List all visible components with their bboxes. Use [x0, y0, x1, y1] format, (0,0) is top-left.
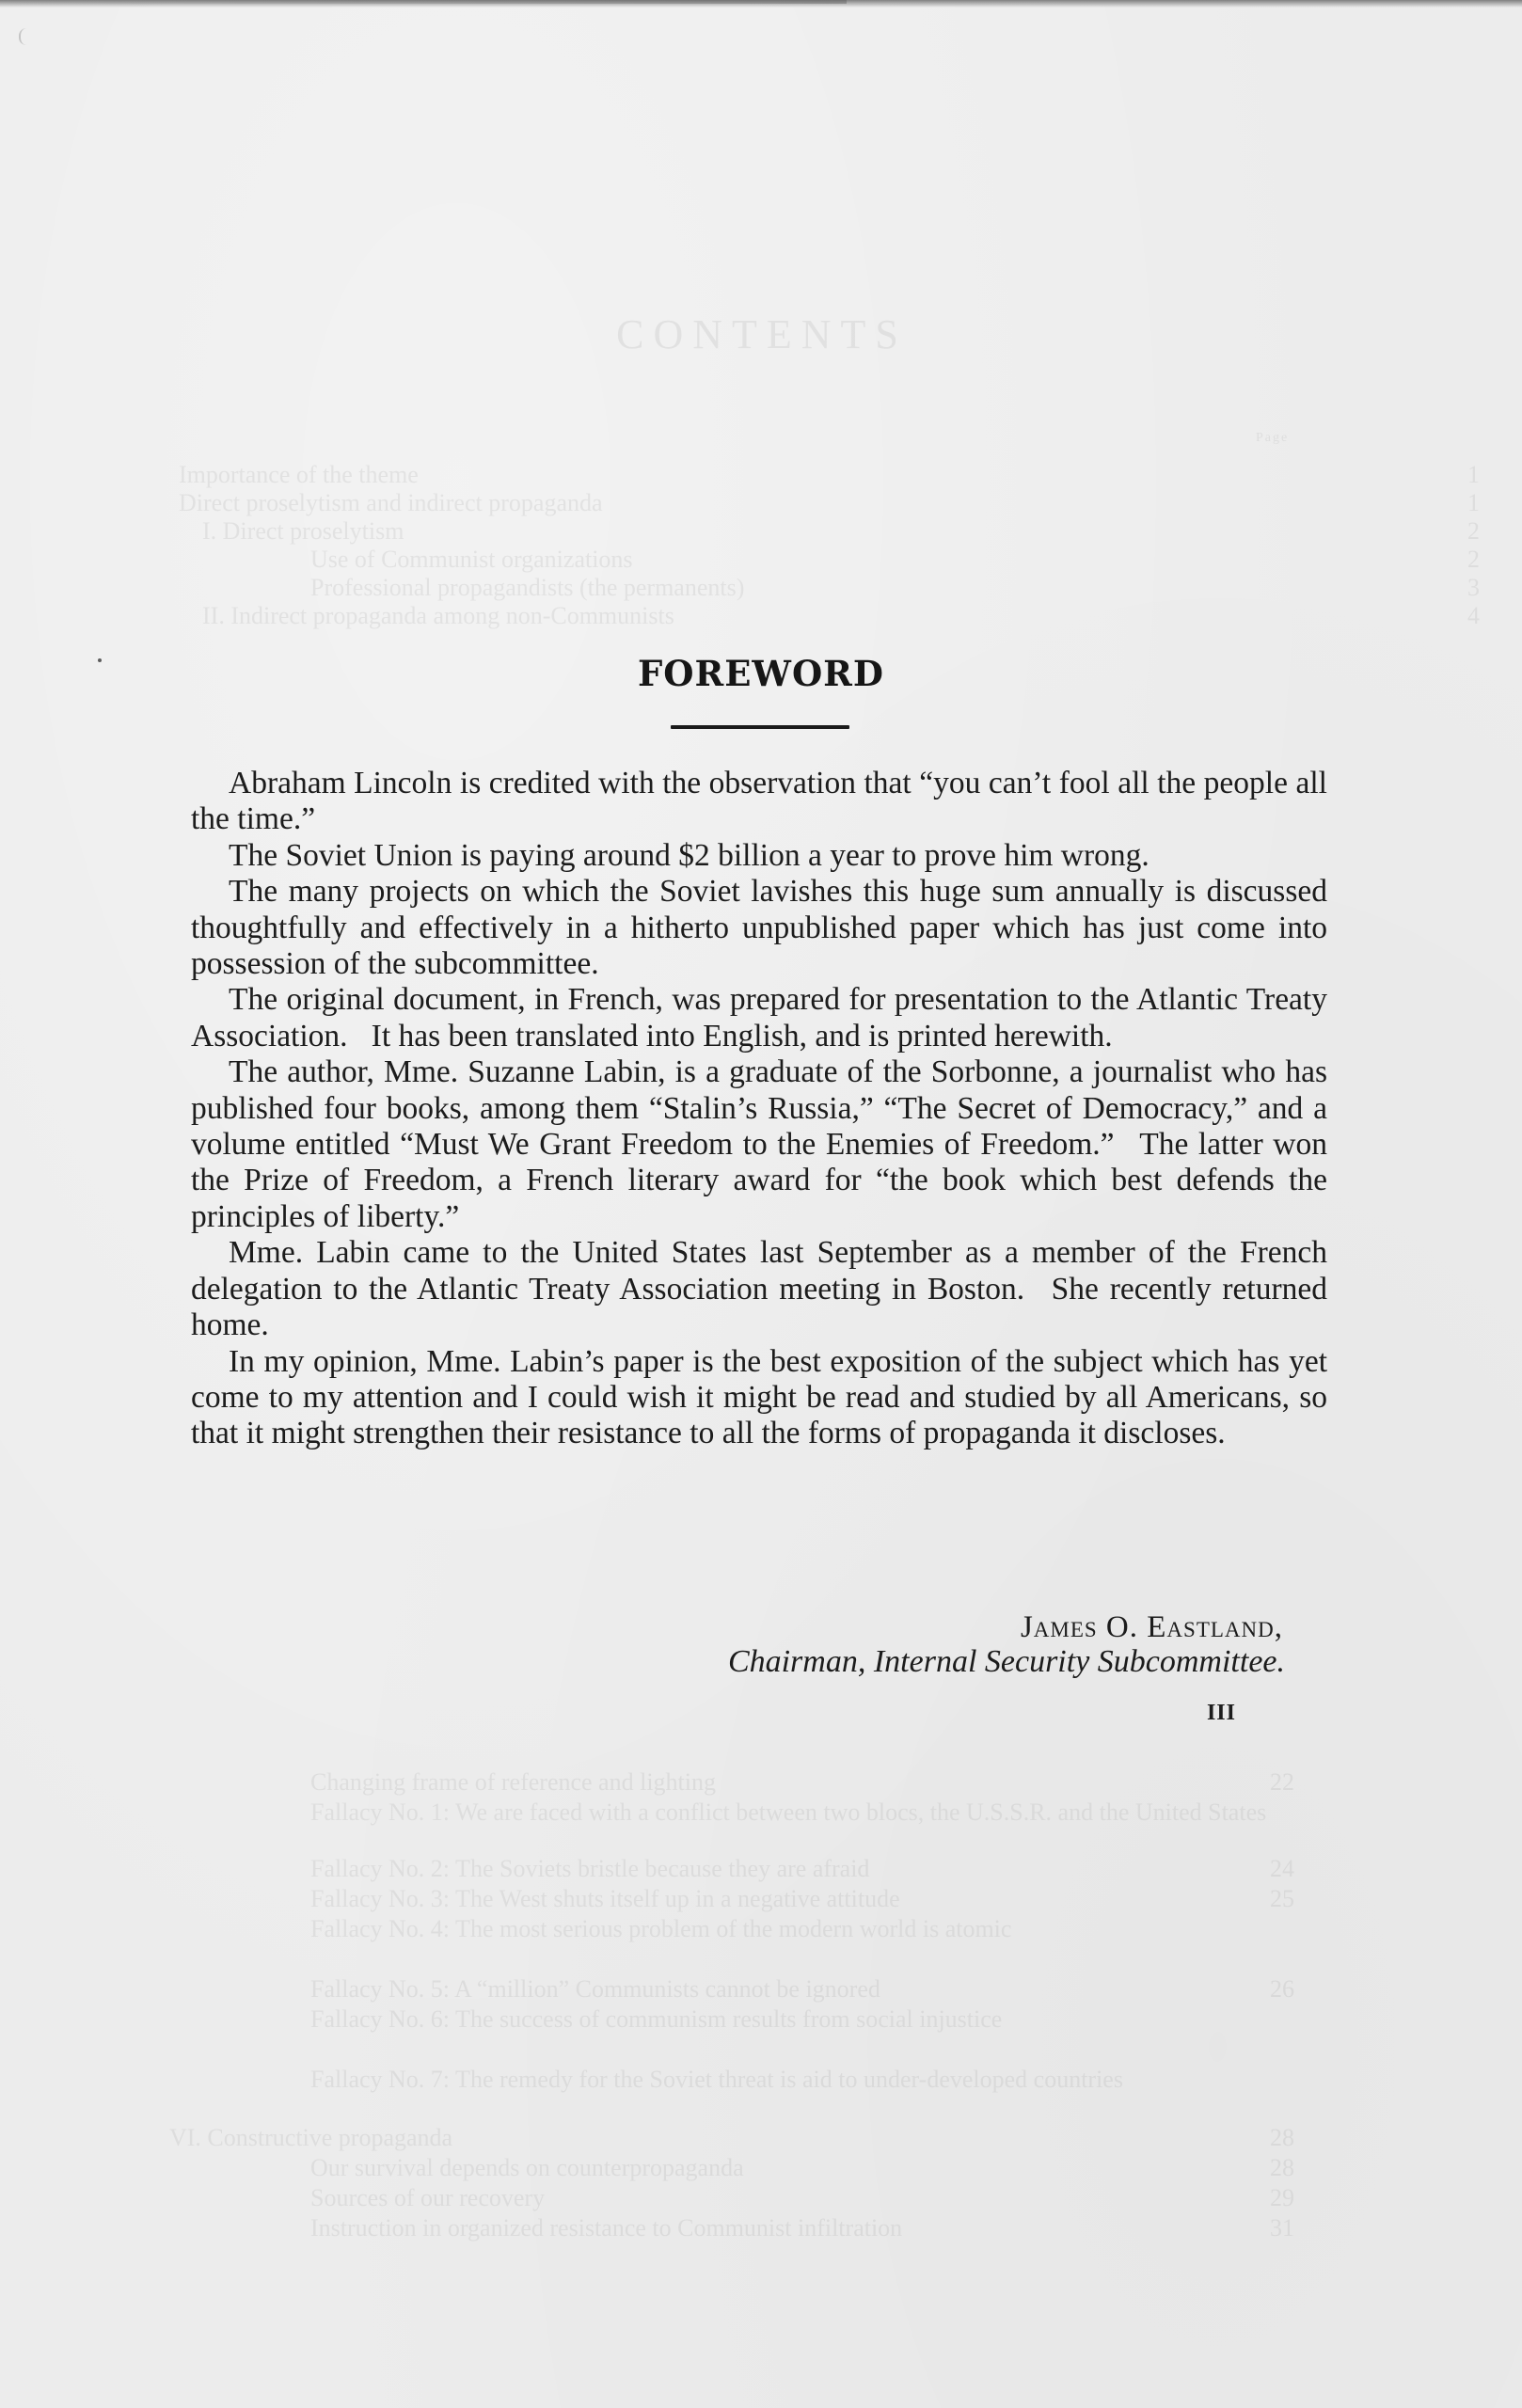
bleed-through-line: VI. Constructive propaganda 28 — [169, 2124, 452, 2152]
paragraph-author: The author, Mme. Suzanne Labin, is a gra… — [191, 1054, 1327, 1235]
signature-title: Chairman, Internal Security Subcommittee… — [527, 1644, 1285, 1680]
bleed-through-line: Fallacy No. 3: The West shuts itself up … — [310, 1885, 900, 1913]
title-divider — [671, 725, 849, 729]
corner-mark — [19, 28, 28, 45]
paragraph-soviet-spending: The Soviet Union is paying around $2 bil… — [191, 838, 1327, 874]
paragraph-opinion: In my opinion, Mme. Labin’s paper is the… — [191, 1344, 1327, 1452]
bleed-through-line: Sources of our recovery 29 — [310, 2184, 545, 2212]
paper-speck — [98, 658, 102, 662]
bleed-through-line: Fallacy No. 1: We are faced with a confl… — [310, 1798, 1266, 1827]
paragraph-projects: The many projects on which the Soviet la… — [191, 874, 1327, 982]
page-title: FOREWORD — [564, 653, 958, 694]
paragraph-lincoln: Abraham Lincoln is credited with the obs… — [191, 766, 1327, 838]
page-number: III — [1166, 1701, 1236, 1726]
bleed-through-line: Fallacy No. 7: The remedy for the Soviet… — [310, 2066, 1123, 2094]
foreword-body: Abraham Lincoln is credited with the obs… — [191, 766, 1327, 1452]
bleed-through-line: Instruction in organized resistance to C… — [310, 2214, 902, 2242]
bleed-through-line: Importance of the theme 1 — [179, 461, 419, 489]
bleed-through-line: Changing frame of reference and lighting… — [310, 1768, 716, 1797]
paragraph-visit: Mme. Labin came to the United States las… — [191, 1235, 1327, 1343]
bleed-through-line: Our survival depends on counterpropagand… — [310, 2154, 744, 2182]
bleed-through-line: Use of Communist organizations 2 — [310, 546, 633, 574]
bleed-through-line: Fallacy No. 5: A “million” Communists ca… — [310, 1975, 880, 2004]
bleed-through-title: CONTENTS — [583, 310, 941, 358]
page-top-edge-shadow — [0, 0, 847, 4]
document-page: CONTENTS Page Importance of the theme 1 … — [0, 0, 1522, 2408]
bleed-through-line: Direct proselytism and indirect propagan… — [179, 489, 603, 517]
bleed-through-line: Fallacy No. 6: The success of communism … — [310, 2005, 1002, 2034]
paragraph-original-document: The original document, in French, was pr… — [191, 982, 1327, 1054]
bleed-through-line: Fallacy No. 2: The Soviets bristle becau… — [310, 1855, 869, 1883]
bleed-through-line: I. Direct proselytism 2 — [202, 517, 404, 546]
signature-name: James O. Eastland, — [658, 1610, 1283, 1645]
bleed-through-page-label: Page — [1256, 431, 1289, 446]
bleed-through-line: II. Indirect propaganda among non-Commun… — [202, 602, 674, 630]
bleed-through-line: Fallacy No. 4: The most serious problem … — [310, 1915, 1011, 1943]
bleed-through-line: Professional propagandists (the permanen… — [310, 574, 744, 602]
